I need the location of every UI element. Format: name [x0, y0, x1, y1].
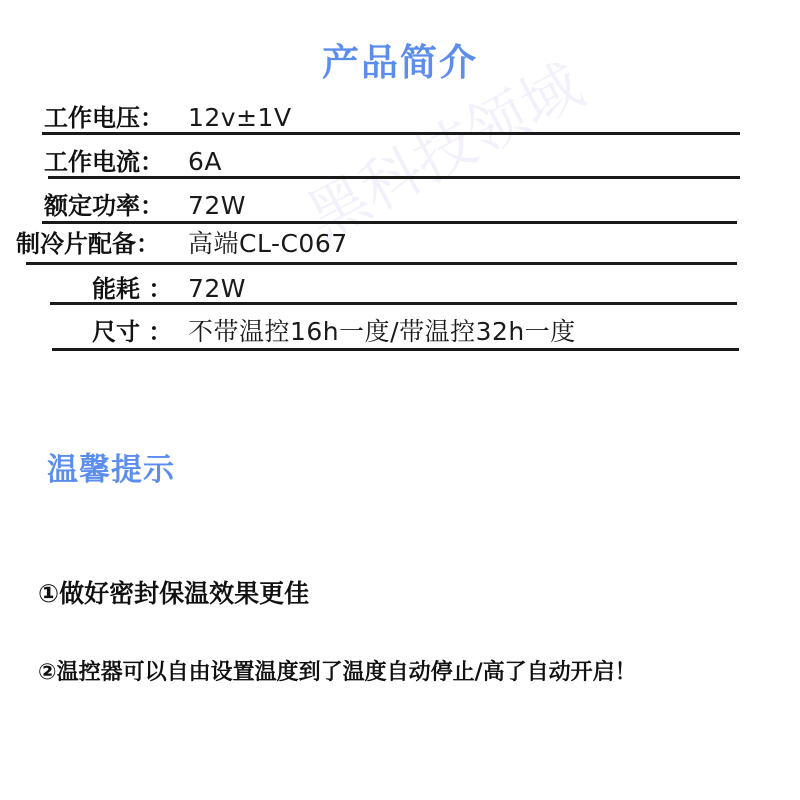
tip-item-2: ②温控器可以自由设置温度到了温度自动停止/高了自动开启！ — [38, 655, 637, 686]
spec-label: 工作电流： — [44, 147, 164, 177]
spec-row-energy: 能耗 ： 72W — [0, 274, 800, 304]
divider — [50, 302, 737, 305]
spec-label: 额定功率： — [44, 191, 164, 221]
spec-value: 高端CL-C067 — [188, 229, 348, 259]
spec-label: 工作电压： — [44, 103, 164, 133]
tip-item-1: ①做好密封保温效果更佳 — [38, 574, 309, 610]
tips-title: 温馨提示 — [47, 444, 175, 489]
divider — [48, 176, 740, 179]
divider — [42, 132, 740, 135]
spec-value: 72W — [188, 274, 246, 304]
spec-value: 12v±1V — [188, 103, 292, 133]
spec-label: 制冷片配备： — [16, 229, 160, 259]
spec-label: 尺寸 ： — [92, 317, 172, 347]
spec-row-rated-power: 额定功率： 72W — [0, 191, 800, 221]
spec-row-voltage: 工作电压： 12v±1V — [0, 103, 800, 133]
divider — [42, 221, 737, 224]
spec-row-cooling-chip: 制冷片配备： 高端CL-C067 — [0, 229, 800, 259]
spec-row-current: 工作电流： 6A — [0, 147, 800, 177]
spec-label: 能耗 ： — [92, 274, 172, 304]
page-title: 产品简介 — [0, 32, 800, 86]
spec-value: 72W — [188, 191, 246, 221]
spec-value: 6A — [188, 147, 222, 177]
spec-value: 不带温控16h一度/带温控32h一度 — [188, 317, 576, 347]
divider — [52, 348, 739, 351]
divider — [26, 262, 737, 265]
spec-row-size: 尺寸 ： 不带温控16h一度/带温控32h一度 — [0, 317, 800, 347]
